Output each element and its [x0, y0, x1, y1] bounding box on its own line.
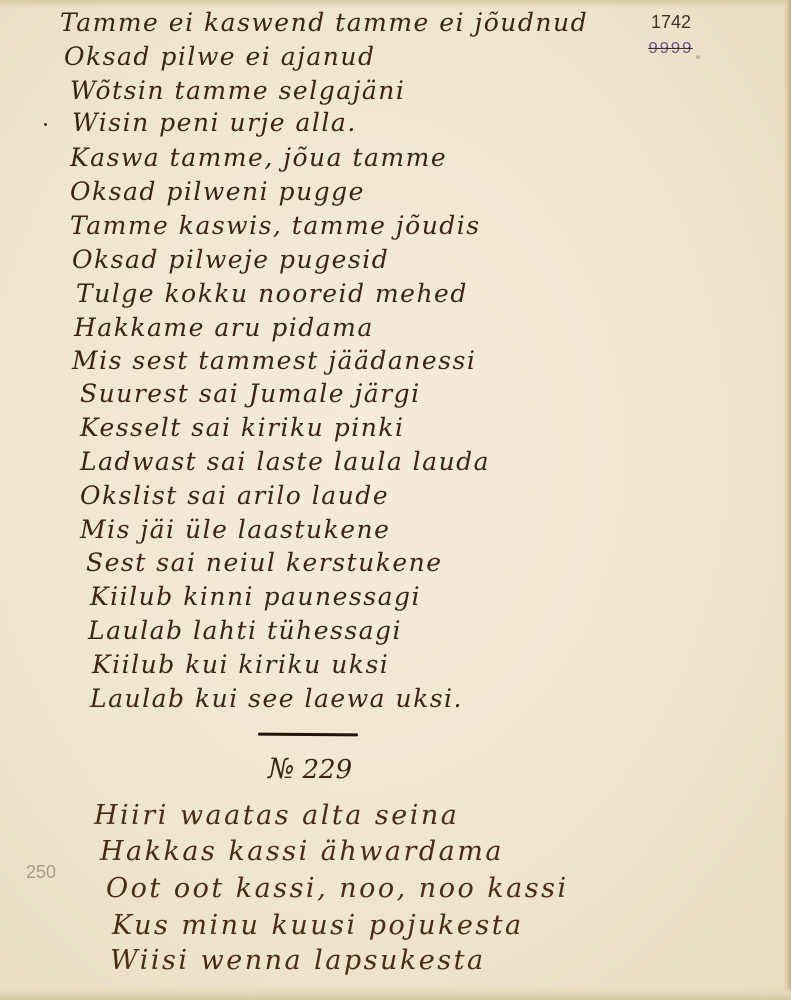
number-sign: № [268, 752, 295, 785]
poem-line: Tamme ei kaswend tamme ei jõudnud [60, 8, 588, 37]
poem-line: Kus minu kuusi pojukesta [112, 910, 524, 941]
poem-line: Oot oot kassi, noo, noo kassi [106, 873, 569, 904]
poem-line: Kiilub kinni paunessagi [90, 582, 421, 611]
poem-line: Mis sest tammest jäädanessi [72, 346, 476, 375]
old-number-suffix: w [696, 55, 700, 61]
old-number-struck: 9999 [648, 40, 693, 59]
poem-line: Oksad pilweje pugesid [72, 245, 389, 274]
page-right-edge [783, 0, 791, 1000]
section-divider [258, 733, 358, 737]
poem-line: Oksad pilweni pugge [70, 177, 365, 206]
ink-dot [44, 123, 47, 126]
poem-line: Kaswa tamme, jõua tamme [70, 143, 447, 172]
poem-line: Tamme kaswis, tamme jõudis [70, 211, 481, 240]
poem-line: Hakkame aru pidama [74, 313, 374, 342]
archive-number: 1742 [651, 12, 691, 33]
poem-line: Oksad pilwe ei ajanud [64, 42, 375, 71]
poem-line: Wõtsin tamme selgajäni [70, 76, 405, 105]
poem-line: Suurest sai Jumale järgi [80, 379, 421, 408]
poem-line: Wiisi wenna lapsukesta [110, 945, 486, 976]
poem-line: Hiiri waatas alta seina [94, 800, 459, 831]
manuscript-page: 1742 9999 w Tamme ei kaswend tamme ei jõ… [0, 0, 791, 1000]
poem-line: Sest sai neiul kerstukene [86, 548, 443, 577]
poem-line: Tulge kokku nooreid mehed [76, 279, 468, 308]
song-number: 229 [303, 755, 353, 785]
poem-line: Kesselt sai kiriku pinki [80, 413, 404, 442]
page-top-shadow [0, 0, 791, 8]
poem-line: Wisin peni urje alla. [72, 108, 357, 137]
poem-line: Ladwast sai laste laula lauda [80, 447, 490, 476]
poem-line: Kiilub kui kiriku uksi [92, 650, 389, 679]
song-number-heading: №229 [268, 752, 352, 785]
poem-line: Laulab lahti tühessagi [88, 616, 402, 645]
poem-line: Laulab kui see laewa uksi. [90, 684, 463, 713]
poem-line: Hakkas kassi ähwardama [100, 836, 504, 867]
margin-pencil-number: 250 [26, 862, 56, 883]
poem-line: Mis jäi üle laastukene [80, 515, 390, 544]
page-bottom-edge [0, 986, 791, 1000]
poem-line: Okslist sai arilo laude [80, 481, 389, 510]
